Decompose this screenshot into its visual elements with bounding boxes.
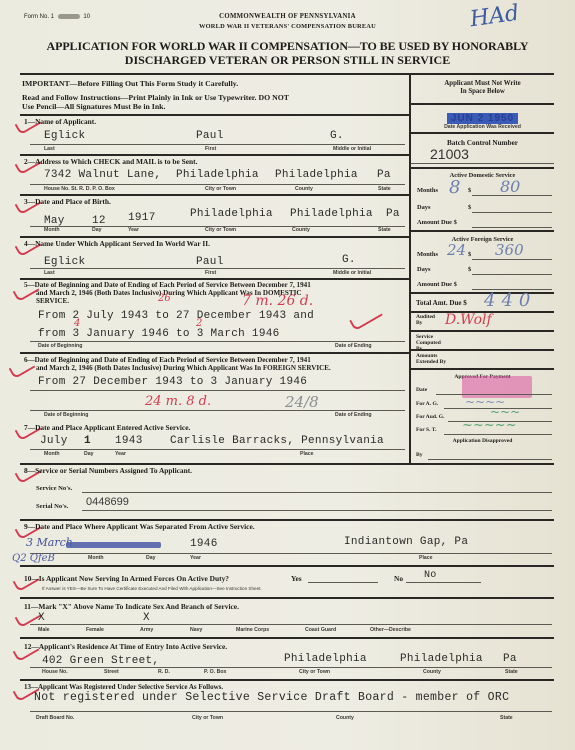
q9-place[interactable]: Indiantown Gap, Pa <box>344 536 468 548</box>
divider <box>411 349 554 351</box>
foreign-days-label: Days <box>417 266 431 273</box>
option-coast-guard[interactable]: Coast Guard <box>305 627 336 633</box>
q1-first-name[interactable]: Paul <box>196 130 224 142</box>
field-line <box>30 184 405 185</box>
label-date-beginning: Date of Beginning <box>38 343 82 349</box>
label-city: City or Town <box>192 715 223 721</box>
title-line-2: DISCHARGED VETERAN OR PERSON STILL IN SE… <box>0 53 575 68</box>
q6-duration-annotation: 24 m. 8 d. <box>145 394 211 409</box>
label-state: State <box>505 669 518 675</box>
field-line <box>30 553 552 554</box>
label-day: Day <box>92 227 102 233</box>
q5-title-line-3: SERVICE. <box>36 297 69 305</box>
check-mark-icon <box>349 305 383 331</box>
label-house: House No. <box>42 669 68 675</box>
field-line <box>444 434 552 435</box>
divider <box>411 368 554 370</box>
q2-street[interactable]: 7342 Walnut Lane, <box>44 169 161 181</box>
redaction-scribble <box>66 542 161 548</box>
label-first: First <box>205 146 216 152</box>
field-line <box>30 144 405 145</box>
q8-title: 8—Service or Serial Numbers Assigned To … <box>24 466 192 475</box>
q2-county[interactable]: Philadelphia <box>275 169 358 181</box>
field-line <box>30 390 405 391</box>
option-male[interactable]: Male <box>38 627 50 633</box>
option-other[interactable]: Other—Describe <box>370 627 411 633</box>
q1-middle-initial[interactable]: G. <box>330 130 344 142</box>
q10-no-value[interactable]: No <box>424 570 437 581</box>
q5-period-2[interactable]: from 3 January 1946 to 3 March 1946 <box>38 328 280 340</box>
total-amount-value: 440 <box>484 290 536 311</box>
field-line <box>82 510 552 511</box>
instructions-important: IMPORTANT—Before Filling Out This Form S… <box>22 79 238 88</box>
approval-date-label: Date <box>416 387 427 393</box>
label-year: Year <box>190 555 201 561</box>
divider <box>20 114 409 116</box>
field-line <box>82 492 552 493</box>
field-line <box>472 195 552 196</box>
foreign-amount-due-label: Amount Due $ <box>417 281 457 288</box>
label-state: State <box>378 186 391 192</box>
q7-title: 7—Date and Place Applicant Entered Activ… <box>24 423 190 432</box>
q2-title: 2—Address to Which CHECK and MAIL is to … <box>24 157 197 166</box>
q13-title: 13—Applicant Was Registered Under Select… <box>24 683 223 691</box>
q5-correction-end-day: 26 <box>158 293 171 304</box>
q4-title: 4—Name Under Which Applicant Served In W… <box>24 239 210 248</box>
divider <box>20 637 554 639</box>
q4-last-name[interactable]: Eglick <box>44 256 85 268</box>
field-line <box>472 227 552 228</box>
currency-sign: $ <box>468 266 471 273</box>
label-street: Street <box>104 669 119 675</box>
label-day: Day <box>84 451 94 457</box>
field-line <box>30 449 405 450</box>
divider <box>411 163 554 164</box>
q12-state[interactable]: Pa <box>503 653 517 665</box>
foreign-title: Active Foreign Service <box>411 236 554 243</box>
divider <box>20 597 554 599</box>
divider <box>20 278 409 280</box>
domestic-months-label: Months <box>417 187 438 194</box>
application-disapproved-title: Application Disapproved <box>411 438 554 444</box>
divider <box>20 236 409 238</box>
serial-numbers-label: Serial No's. <box>36 503 68 510</box>
q13-value[interactable]: Not registered under Selective Service D… <box>34 691 509 704</box>
divider <box>20 154 409 156</box>
q3-year[interactable]: 1917 <box>128 212 156 224</box>
yes-field-line <box>308 582 378 583</box>
instructions-line-2: Read and Follow Instructions—Print Plain… <box>22 93 289 102</box>
field-line <box>472 212 552 213</box>
q7-month[interactable]: July <box>40 435 68 447</box>
q10-no-label: No <box>394 574 403 583</box>
label-month: Month <box>44 227 60 233</box>
date-received-stamp: JUN 2 1950 <box>411 106 554 125</box>
currency-sign: $ <box>468 204 471 211</box>
foreign-months-label: Months <box>417 251 438 258</box>
currency-sign: $ <box>468 251 471 258</box>
label-city: City or Town <box>205 227 236 233</box>
domestic-days-label: Days <box>417 204 431 211</box>
q9-year[interactable]: 1946 <box>190 538 218 550</box>
label-middle: Middle or Initial <box>333 270 371 276</box>
office-use-header-2: In Space Below <box>411 88 554 95</box>
q4-first-name[interactable]: Paul <box>196 256 224 268</box>
divider <box>20 565 554 567</box>
q10-yes-label: Yes <box>291 574 302 583</box>
q4-middle-initial[interactable]: G. <box>342 254 356 266</box>
stamp-text: JUN 2 1950 <box>447 113 518 124</box>
no-field-line <box>406 582 481 583</box>
service-numbers-label: Service No's. <box>36 485 72 492</box>
label-last: Last <box>44 270 55 276</box>
q12-county[interactable]: Philadelphia <box>400 653 483 665</box>
label-date-ending: Date of Ending <box>335 412 372 418</box>
divider <box>20 352 409 354</box>
for-ag-label: For A. G. <box>416 401 438 407</box>
total-amount-label: Total Amt. Due $ <box>416 299 467 307</box>
label-day: Day <box>146 555 156 561</box>
label-place: Place <box>419 555 433 561</box>
disapproved-by-label: By <box>416 452 423 458</box>
q10-title: 10—Is Applicant Now Serving In Armed For… <box>24 574 229 583</box>
divider <box>20 519 554 521</box>
label-year: Year <box>128 227 139 233</box>
field-line <box>30 624 552 625</box>
field-line <box>30 410 405 411</box>
mark-army[interactable]: X <box>143 612 150 624</box>
aud-signature: ~~~ <box>490 405 520 419</box>
field-line <box>30 341 405 342</box>
q3-county[interactable]: Philadelphia <box>290 208 373 220</box>
q11-title: 11—Mark "X" Above Name To Indicate Sex A… <box>24 602 239 611</box>
serial-number-value[interactable]: 0448699 <box>86 496 129 508</box>
label-draft-board: Draft Board No. <box>36 715 74 721</box>
label-middle: Middle or Initial <box>333 146 371 152</box>
q12-title: 12—Applicant's Residence At Time of Entr… <box>24 642 227 651</box>
field-line <box>30 667 552 668</box>
label-county: County <box>336 715 354 721</box>
instructions-line-3: Use Pencil—All Signatures Must Be in Ink… <box>22 102 165 111</box>
label-date-beginning: Date of Beginning <box>44 412 88 418</box>
label-county: County <box>292 227 310 233</box>
q3-state[interactable]: Pa <box>386 208 400 220</box>
q1-title: 1—Name of Applicant. <box>24 117 96 126</box>
label-state: State <box>378 227 391 233</box>
label-county: County <box>423 669 441 675</box>
label-county: County <box>295 186 313 192</box>
q5-duration-annotation: 7 m. 26 d. <box>242 293 313 309</box>
field-line <box>472 259 552 260</box>
audited-by-label: Audited By <box>416 314 436 326</box>
label-year: Year <box>115 451 126 457</box>
q1-last-name[interactable]: Eglick <box>44 130 85 142</box>
foreign-months-value: 24 <box>447 241 466 259</box>
q5-title-line-1: 5—Date of Beginning and Date of Ending o… <box>24 281 311 289</box>
batch-number: 21003 <box>430 146 469 162</box>
label-date-ending: Date of Ending <box>335 343 372 349</box>
divider <box>411 132 554 134</box>
divider <box>20 194 409 196</box>
domestic-title: Active Domestic Service <box>411 172 554 179</box>
label-city: City or Town <box>205 186 236 192</box>
divider <box>411 167 554 169</box>
option-navy[interactable]: Navy <box>190 627 202 633</box>
q7-day[interactable]: 1 <box>84 435 91 447</box>
label-house: House No. St. R. D. P. O. Box <box>44 186 115 192</box>
label-last: Last <box>44 146 55 152</box>
date-received-label: Date Application Was Received <box>411 124 554 130</box>
q6-title-line-2: and March 2, 1946 (Both Dates Inclusive)… <box>36 364 331 372</box>
q2-state[interactable]: Pa <box>377 169 391 181</box>
domestic-months-value: 8 <box>449 177 460 198</box>
option-marine-corps[interactable]: Marine Corps <box>236 627 269 633</box>
divider <box>411 230 554 232</box>
application-form: Form No. 1 10 COMMONWEALTH OF PENNSYLVAN… <box>0 0 575 750</box>
label-month: Month <box>44 451 60 457</box>
q10-note: If Answer is YES—Be Sure To Have Certifi… <box>42 586 262 591</box>
header-divider <box>20 73 554 75</box>
domestic-months-amount: 80 <box>500 177 520 196</box>
mark-male[interactable]: X <box>38 612 45 624</box>
label-state: State <box>500 715 513 721</box>
foreign-months-amount: 360 <box>495 241 524 259</box>
field-line <box>30 711 552 712</box>
label-first: First <box>205 270 216 276</box>
amounts-extended-label: Amounts Extended By <box>416 353 450 365</box>
title-line-1: APPLICATION FOR WORLD WAR II COMPENSATIO… <box>0 39 575 54</box>
q2-city[interactable]: Philadelphia <box>176 169 259 181</box>
for-aud-label: For Aud. G. <box>416 414 445 420</box>
option-female[interactable]: Female <box>86 627 104 633</box>
q6-title-line-1: 6—Date of Beginning and Date of Ending o… <box>24 356 311 364</box>
q12-street[interactable]: 402 Green Street, <box>42 655 159 667</box>
divider <box>411 330 554 332</box>
field-line <box>472 274 552 275</box>
q6-period[interactable]: From 27 December 1943 to 3 January 1946 <box>38 376 307 388</box>
option-army[interactable]: Army <box>140 627 153 633</box>
st-signature: ~~~~~ <box>462 418 516 433</box>
audited-signature: D.Wolf <box>445 312 492 328</box>
q7-year[interactable]: 1943 <box>115 435 143 447</box>
label-place: Place <box>300 451 314 457</box>
field-line <box>30 268 405 269</box>
label-city: City or Town <box>299 669 330 675</box>
q9-margin-note: Q2 QfeB <box>12 553 55 564</box>
label-rd: R. D. <box>158 669 170 675</box>
divider <box>20 679 554 681</box>
office-use-header-1: Applicant Must Not Write <box>411 80 554 87</box>
q3-title: 3—Date and Place of Birth. <box>24 197 111 206</box>
field-line <box>428 459 552 460</box>
q3-city[interactable]: Philadelphia <box>190 208 273 220</box>
q7-place[interactable]: Carlisle Barracks, Pennsylvania <box>170 435 384 447</box>
label-month: Month <box>88 555 104 561</box>
currency-sign: $ <box>468 187 471 194</box>
divider <box>411 103 554 105</box>
q6-duration-annotation-2: 24/8 <box>285 393 319 411</box>
q12-city[interactable]: Philadelphia <box>284 653 367 665</box>
label-po-box: P. O. Box <box>204 669 226 675</box>
q9-title: 9—Date and Place Where Applicant Was Sep… <box>24 522 255 531</box>
for-st-label: For S. T. <box>416 427 437 433</box>
divider <box>20 463 554 465</box>
domestic-amount-due-label: Amount Due $ <box>417 219 457 226</box>
